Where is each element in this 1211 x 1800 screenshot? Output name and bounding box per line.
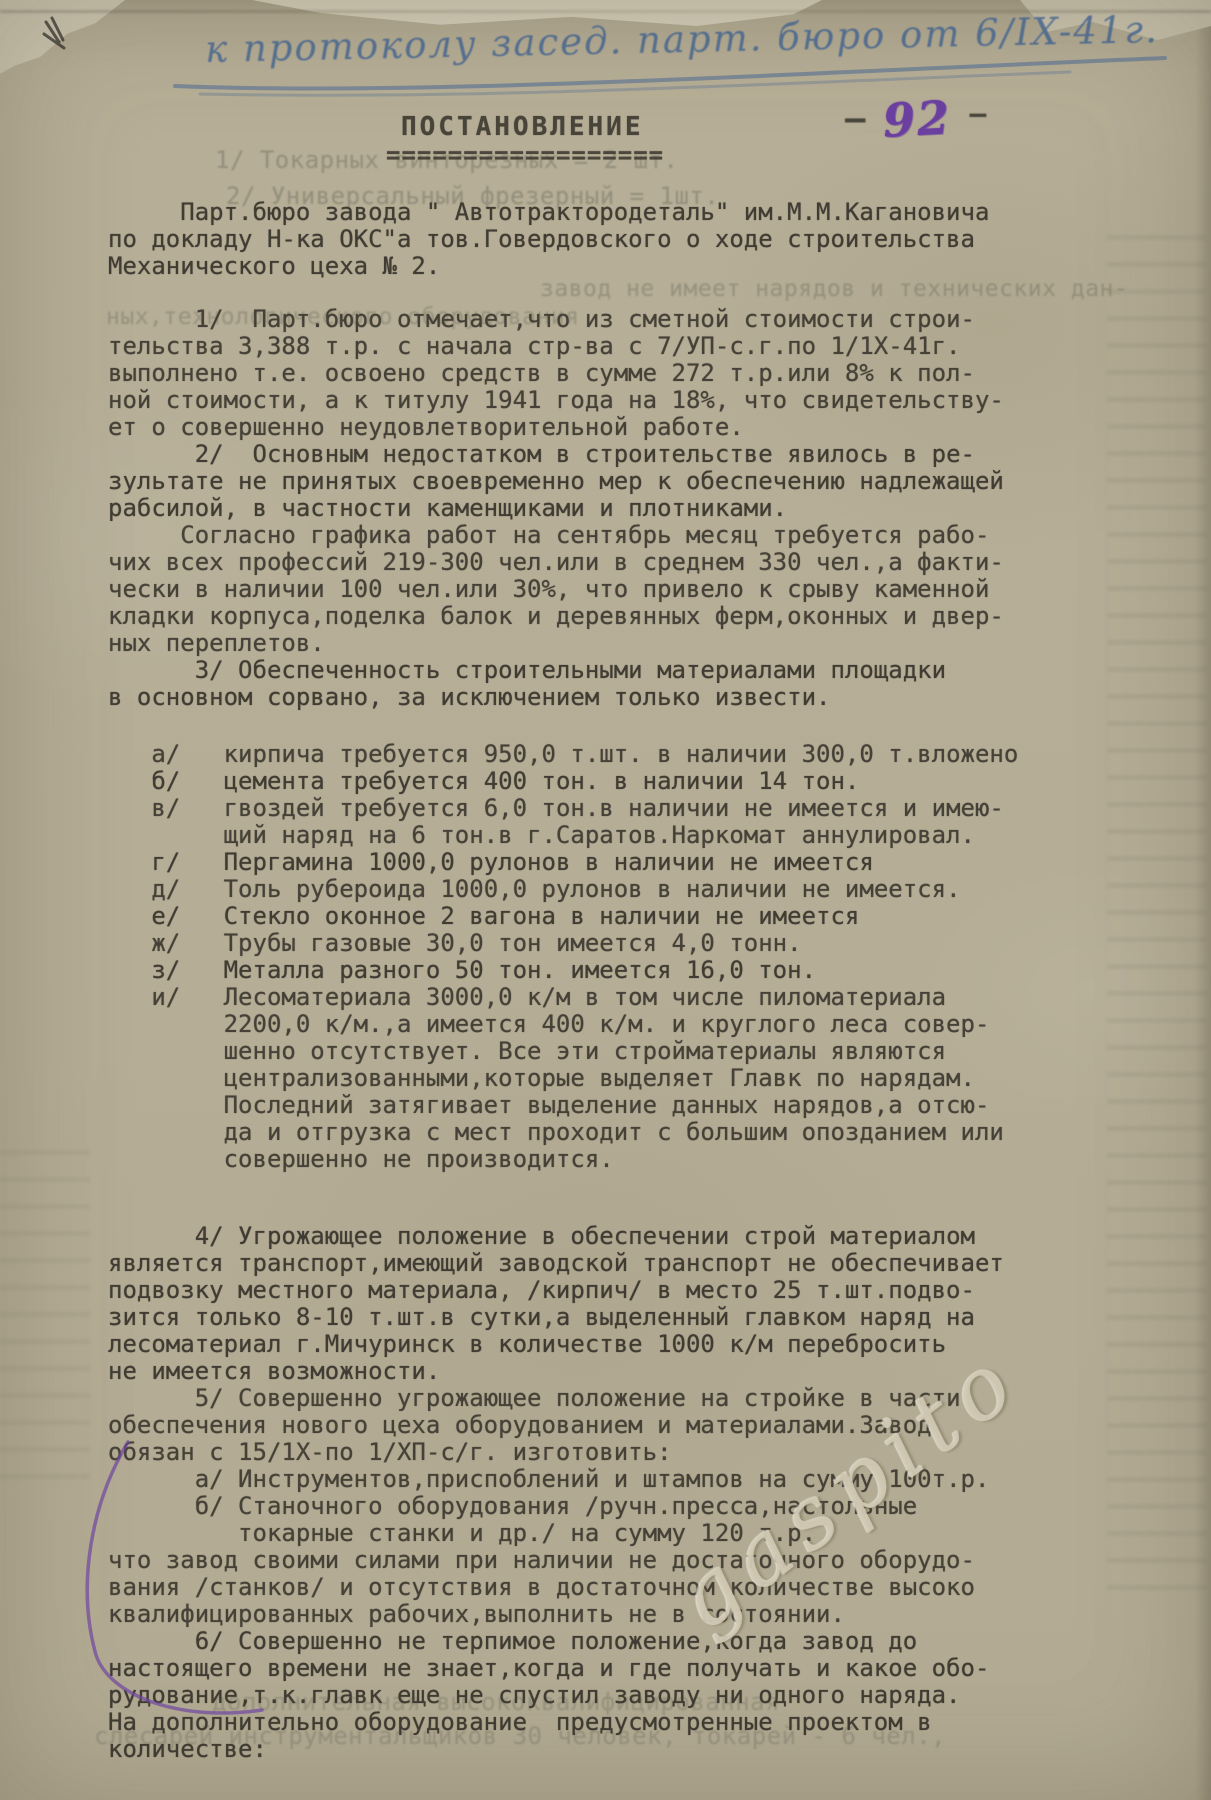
intro-paragraph: Парт.бюро завода " Автотрактородеталь" и…	[108, 199, 1163, 280]
paragraph-2: 2/ Основным недостатком в строительстве …	[108, 441, 1163, 522]
list-item-i: и/ Лесоматериала 3000,0 к/м в том числе …	[108, 984, 1163, 1173]
list-item-a: а/ кирпича требуется 950,0 т.шт. в налич…	[108, 741, 1163, 768]
list-item-v: в/ гвоздей требуется 6,0 тон.в наличии н…	[108, 795, 1163, 849]
list-item-e: е/ Стекло оконное 2 вагона в наличии не …	[108, 903, 1163, 930]
paragraph-6: 6/ Совершенно не терпимое положение,когд…	[108, 1628, 1163, 1763]
list-item-g: г/ Пергамина 1000,0 рулонов в наличии не…	[108, 849, 1163, 876]
paragraph-2-cont: Согласно графика работ на сентябрь месяц…	[108, 522, 1163, 657]
title-underline: ==================	[386, 142, 1163, 169]
list-item-d: д/ Толь рубероида 1000,0 рулонов в налич…	[108, 876, 1163, 903]
list-item-b: б/ цемента требуется 400 тон. в наличии …	[108, 768, 1163, 795]
list-item-zh: ж/ Трубы газовые 30,0 тон имеется 4,0 то…	[108, 930, 1163, 957]
document-body: ПОСТАНОВЛЕНИЕ ================== Парт.бю…	[0, 0, 1211, 1763]
page-number: 92	[882, 90, 953, 147]
list-item-z: з/ Металла разного 50 тон. имеется 16,0 …	[108, 957, 1163, 984]
paragraph-1: 1/ Парт.бюро отмечает,что из сметной сто…	[108, 306, 1163, 441]
paragraph-3: 3/ Обеспеченность строительными материал…	[108, 657, 1163, 711]
page-number-dash: —	[970, 97, 987, 130]
page-number-block: — 92 —	[845, 92, 986, 146]
page-number-dash: —	[845, 99, 865, 139]
scanned-document-page: к протоколу засед. парт. бюро от 6/IX-41…	[0, 0, 1211, 1800]
